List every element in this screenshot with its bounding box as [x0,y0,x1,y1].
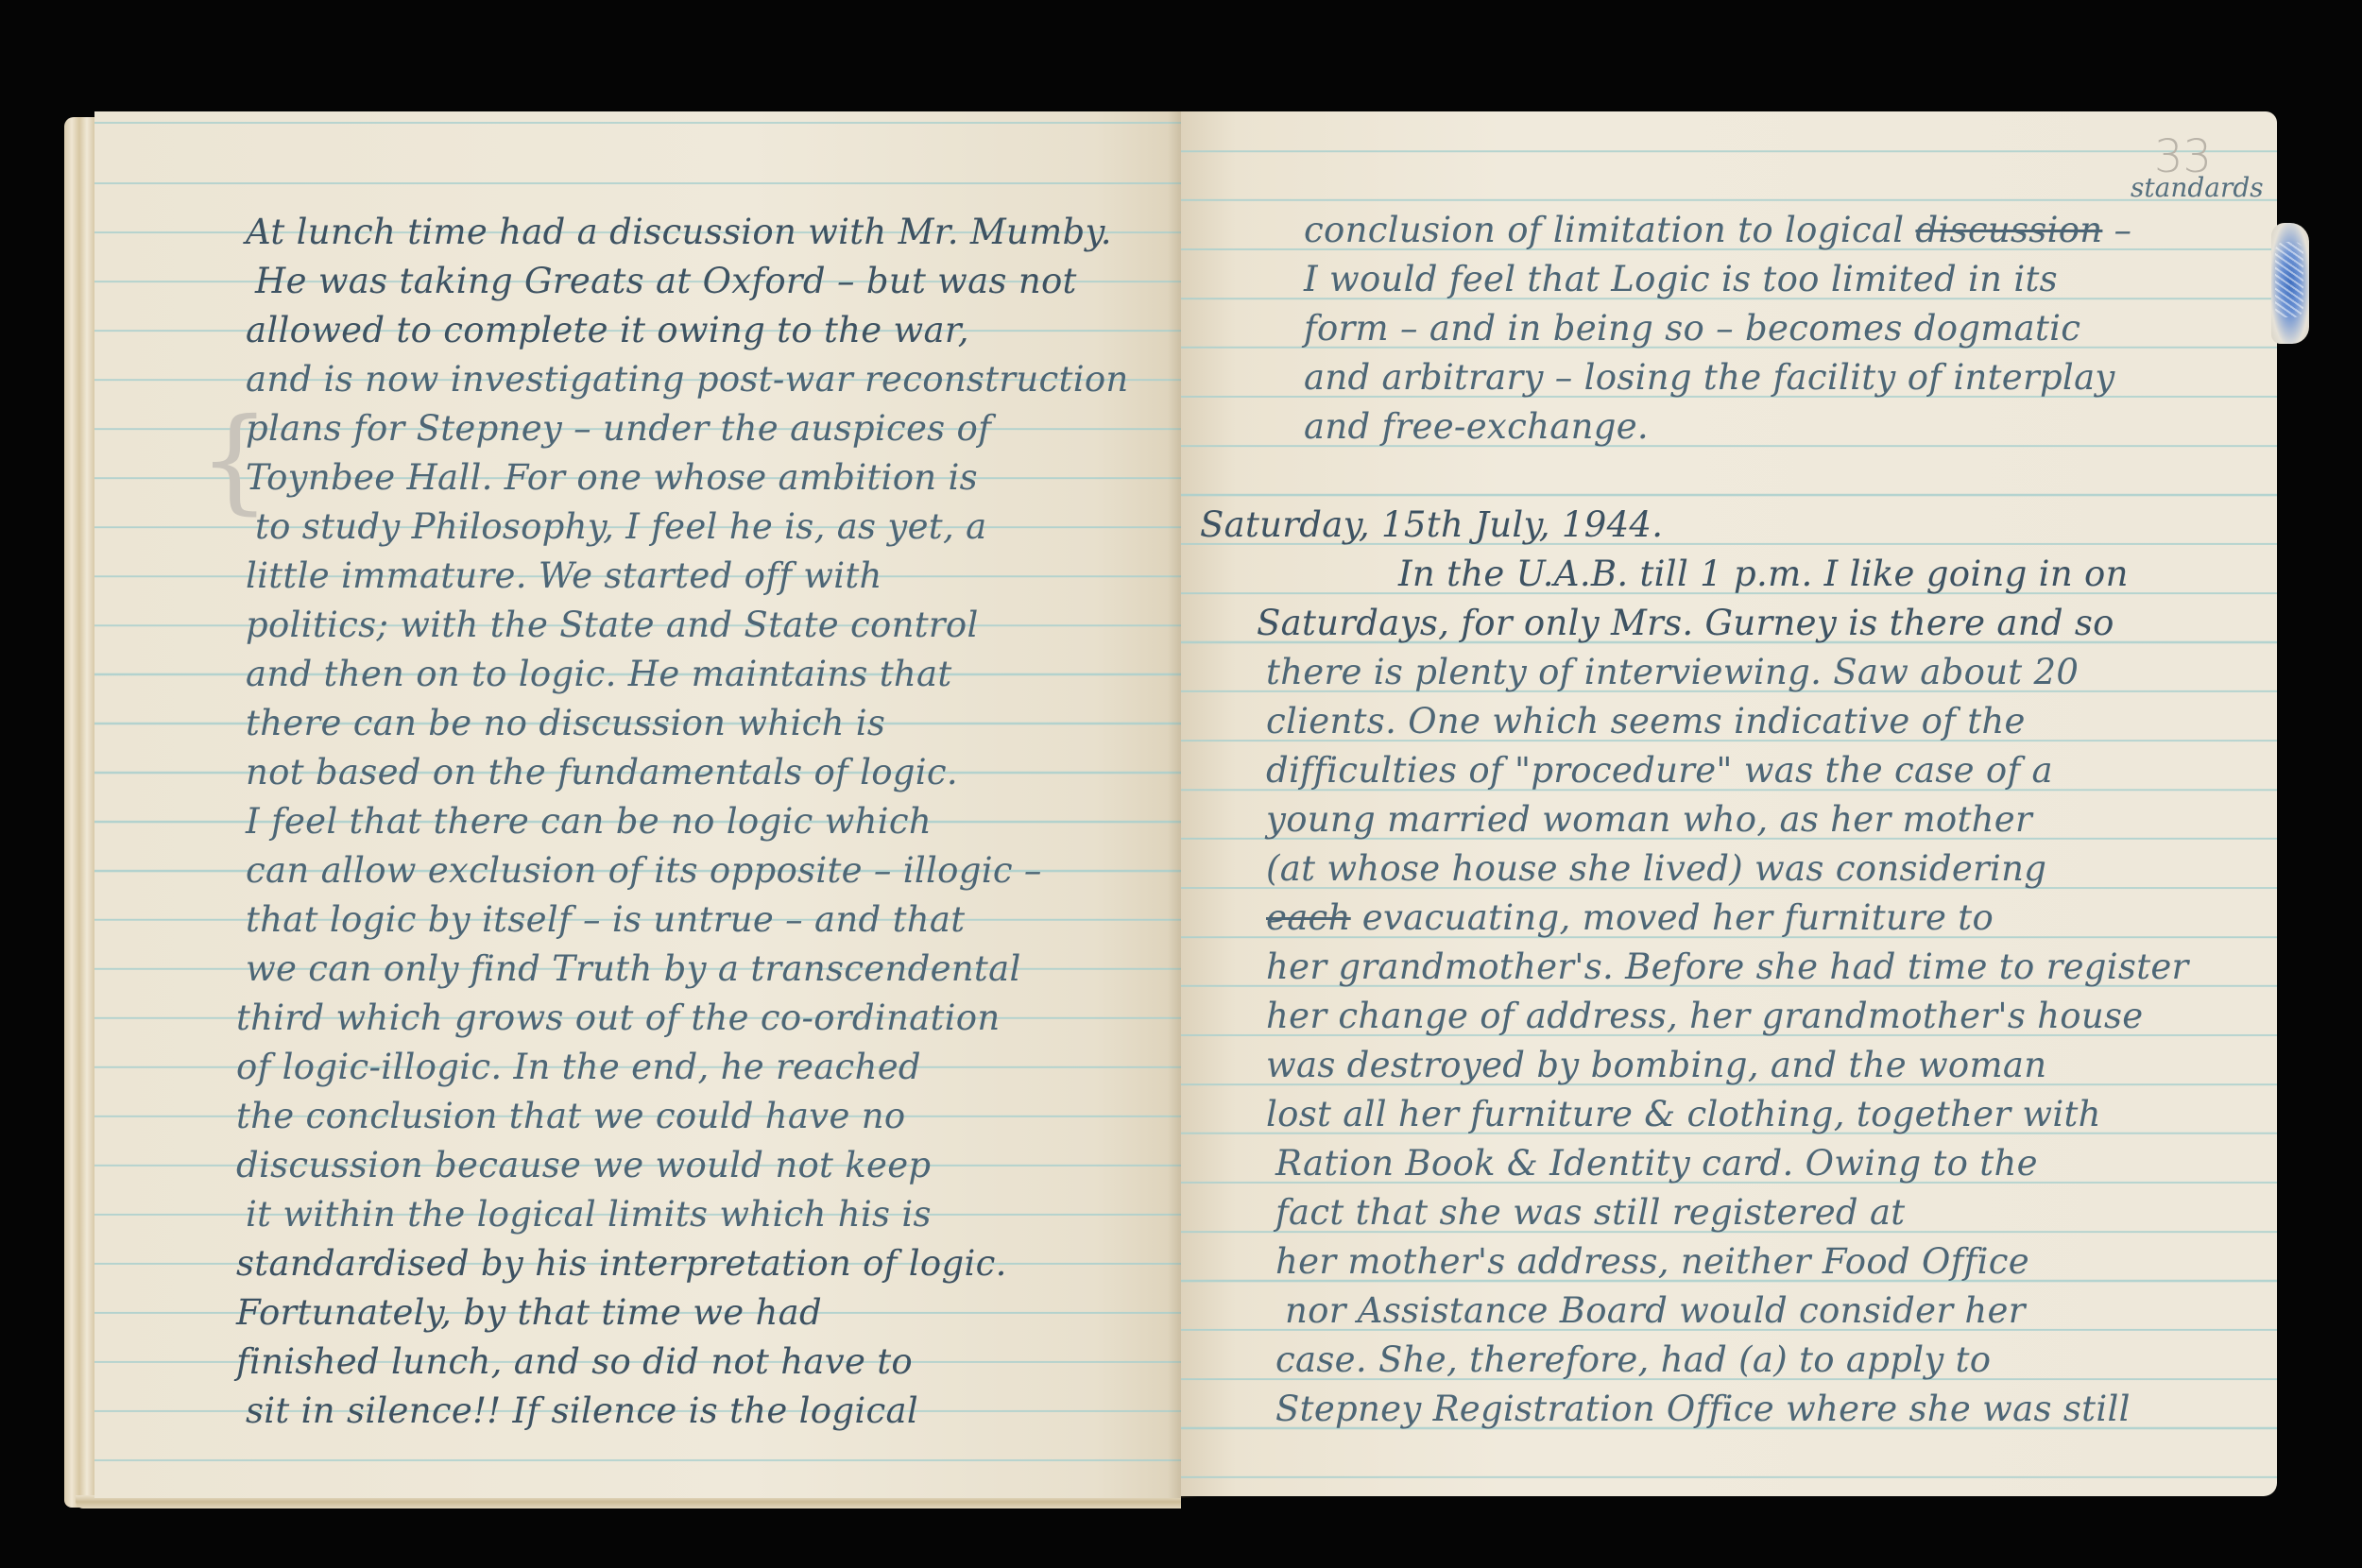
text-line: was destroyed by bombing, and the woman [1266,1041,2046,1090]
blue-bookmark-tab [2271,223,2309,344]
open-notebook: { At lunch time had a discussion with Mr… [0,0,2362,1568]
text-line: not based on the fundamentals of logic. [246,748,958,797]
text-line: each evacuating, moved her furniture to [1266,894,1994,943]
text-line: third which grows out of the co-ordinati… [236,994,1000,1043]
text-line: I would feel that Logic is too limited i… [1304,255,2058,304]
text-line: the conclusion that we could have no [236,1092,905,1141]
text-line: Stepney Registration Office where she wa… [1275,1385,2131,1434]
left-page: { At lunch time had a discussion with Mr… [94,111,1181,1498]
text-line: Ration Book & Identity card. Owing to th… [1275,1139,2038,1188]
text-line: and free-exchange. [1304,402,1649,452]
text-line: I feel that there can be no logic which [246,797,932,846]
text-line: allowed to complete it owing to the war, [246,306,969,355]
text-line: Saturdays, for only Mrs. Gurney is there… [1257,599,2114,648]
text-line: In the U.A.B. till 1 p.m. I like going i… [1398,550,2129,599]
text-line: politics; with the State and State contr… [246,601,979,650]
text-line: there is plenty of interviewing. Saw abo… [1266,648,2079,697]
text-line: can allow exclusion of its opposite – il… [246,846,1042,895]
text-line: case. She, therefore, had (a) to apply t… [1275,1336,1991,1385]
text-line: lost all her furniture & clothing, toget… [1266,1090,2101,1139]
struck-out-word: each [1266,897,1351,938]
text-line: finished lunch, and so did not have to [236,1338,913,1387]
struck-out-word: discussion [1915,210,2102,250]
text-line: we can only find Truth by a transcendent… [246,945,1021,994]
text-line: and then on to logic. He maintains that [246,650,952,699]
inserted-word: standards [2131,172,2264,203]
text-line: nor Assistance Board would consider her [1285,1287,2026,1336]
text-line: to study Philosophy, I feel he is, as ye… [255,503,986,552]
text-line: Toynbee Hall. For one whose ambition is [246,453,978,503]
text-line: young married woman who, as her mother [1266,795,2032,844]
text-line: and arbitrary – losing the facility of i… [1304,353,2115,402]
text-line: Fortunately, by that time we had [236,1288,822,1338]
text-line: of logic-illogic. In the end, he reached [236,1043,921,1092]
text-line: conclusion of limitation to logical disc… [1304,206,2131,255]
text-line: (at whose house she lived) was consideri… [1266,844,2046,894]
text-line: discussion because we would not keep [236,1141,931,1190]
text-line: At lunch time had a discussion with Mr. … [246,208,1112,257]
text-line: and is now investigating post-war recons… [246,355,1129,404]
text-line: standardised by his interpretation of lo… [236,1239,1007,1288]
text-line: difficulties of "procedure" was the case… [1266,746,2053,795]
text-line: clients. One which seems indicative of t… [1266,697,2026,746]
text-line: He was taking Greats at Oxford – but was… [255,257,1077,306]
text-line: her change of address, her grandmother's… [1266,992,2144,1041]
entry-date: Saturday, 15th July, 1944. [1200,501,1663,550]
text-line: little immature. We started off with [246,552,882,601]
text-line: there can be no discussion which is [246,699,885,748]
text-line: that logic by itself – is untrue – and t… [246,895,965,945]
text-line: sit in silence!! If silence is the logic… [246,1387,918,1436]
text-line: her mother's address, neither Food Offic… [1275,1237,2029,1287]
text-line: plans for Stepney – under the auspices o… [246,404,991,453]
text-line: form – and in being so – becomes dogmati… [1304,304,2080,353]
right-page: 33 standards conclusion of limitation to… [1181,111,2277,1496]
text-line: her grandmother's. Before she had time t… [1266,943,2189,992]
text-line: fact that she was still registered at [1275,1188,1905,1237]
text-line: it within the logical limits which his i… [246,1190,932,1239]
